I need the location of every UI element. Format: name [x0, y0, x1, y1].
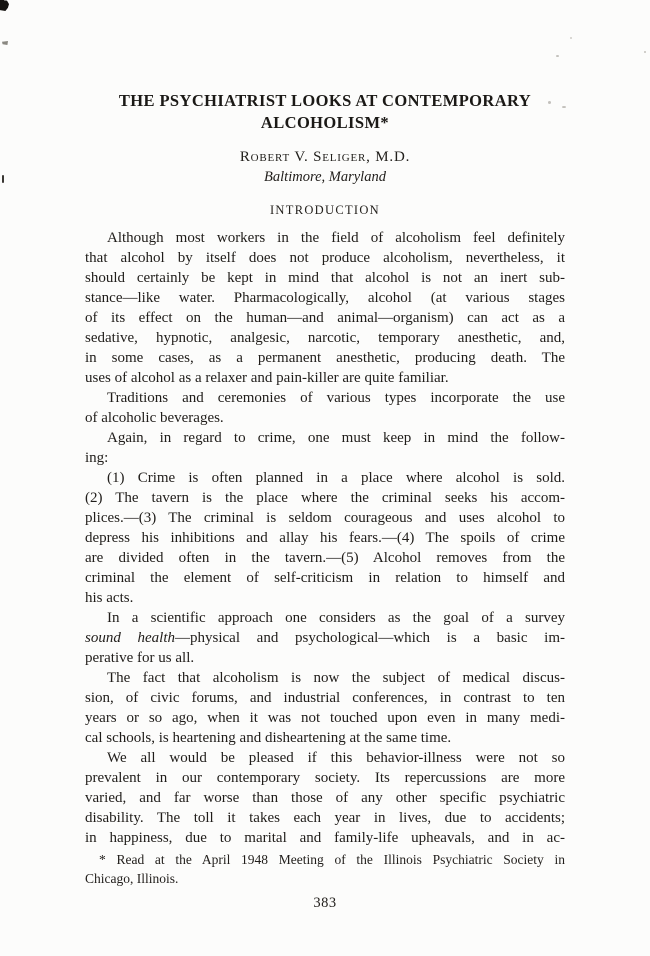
scan-artifact — [2, 41, 8, 45]
text-line: Although most workers in the field of al… — [85, 228, 565, 248]
text-line: depress his inhibitions and allay his fe… — [85, 528, 565, 548]
text-line: sedative, hypnotic, analgesic, narcotic,… — [85, 328, 565, 348]
text-column: THE PSYCHIATRIST LOOKS AT CONTEMPORARY A… — [85, 0, 565, 912]
author-location: Baltimore, Maryland — [85, 169, 565, 186]
text-line: perative for us all. — [85, 648, 565, 668]
article-body: Although most workers in the field of al… — [85, 228, 565, 848]
text-line: years or so ago, when it was not touched… — [85, 708, 565, 728]
page-number: 383 — [85, 895, 565, 912]
text-line: ing: — [85, 448, 565, 468]
text-line: Traditions and ceremonies of various typ… — [85, 388, 565, 408]
text-line: of its effect on the human—and animal—or… — [85, 308, 565, 328]
footnote-line: Chicago, Illinois. — [85, 869, 565, 888]
scan-speck — [570, 37, 572, 39]
text-line: (2) The tavern is the place where the cr… — [85, 488, 565, 508]
text-line: prevalent in our contemporary society. I… — [85, 768, 565, 788]
text-line: disability. The toll it takes each year … — [85, 808, 565, 828]
text-line: stance—like water. Pharmacologically, al… — [85, 288, 565, 308]
paragraph: In a scientific approach one considers a… — [85, 608, 565, 668]
text-line: criminal the element of self-criticism i… — [85, 568, 565, 588]
text-line: sound health—physical and psychological—… — [85, 628, 565, 648]
text-line: uses of alcohol as a relaxer and pain-ki… — [85, 368, 565, 388]
text-segment: —physical and psychological—which is a b… — [175, 630, 565, 646]
paragraph: The fact that alcoholism is now the subj… — [85, 668, 565, 748]
section-heading: INTRODUCTION — [85, 203, 565, 218]
scan-artifact — [2, 175, 4, 183]
article-title-line: ALCOHOLISM* — [85, 112, 565, 134]
scan-speck — [644, 51, 646, 53]
text-line: of alcoholic beverages. — [85, 408, 565, 428]
scan-artifact — [0, 0, 9, 11]
text-line: that alcohol by itself does not produce … — [85, 248, 565, 268]
paragraph: Again, in regard to crime, one must keep… — [85, 428, 565, 468]
paragraph: We all would be pleased if this behavior… — [85, 748, 565, 848]
text-line: in happiness, due to marital and family-… — [85, 828, 565, 848]
text-line: should certainly be kept in mind that al… — [85, 268, 565, 288]
text-line: his acts. — [85, 588, 565, 608]
text-line: in some cases, as a permanent anesthetic… — [85, 348, 565, 368]
article-title: THE PSYCHIATRIST LOOKS AT CONTEMPORARY A… — [85, 90, 565, 134]
text-line: varied, and far worse than those of any … — [85, 788, 565, 808]
paragraph: (1) Crime is often planned in a place wh… — [85, 468, 565, 608]
text-line: Again, in regard to crime, one must keep… — [85, 428, 565, 448]
text-line: cal schools, is heartening and dishearte… — [85, 728, 565, 748]
paragraph: Although most workers in the field of al… — [85, 228, 565, 388]
text-line: (1) Crime is often planned in a place wh… — [85, 468, 565, 488]
author-name: Robert V. Seliger, M.D. — [85, 149, 565, 166]
footnote: * Read at the April 1948 Meeting of the … — [85, 850, 565, 888]
paragraph: Traditions and ceremonies of various typ… — [85, 388, 565, 428]
text-line: plices.—(3) The criminal is seldom coura… — [85, 508, 565, 528]
text-line: We all would be pleased if this behavior… — [85, 748, 565, 768]
scanned-document-page: THE PSYCHIATRIST LOOKS AT CONTEMPORARY A… — [0, 0, 650, 956]
italic-phrase: sound health — [85, 630, 175, 646]
text-line: In a scientific approach one considers a… — [85, 608, 565, 628]
footnote-line: * Read at the April 1948 Meeting of the … — [85, 850, 565, 869]
text-line: The fact that alcoholism is now the subj… — [85, 668, 565, 688]
article-title-line: THE PSYCHIATRIST LOOKS AT CONTEMPORARY — [85, 90, 565, 112]
text-line: are divided often in the tavern.—(5) Alc… — [85, 548, 565, 568]
text-line: sion, of civic forums, and industrial co… — [85, 688, 565, 708]
